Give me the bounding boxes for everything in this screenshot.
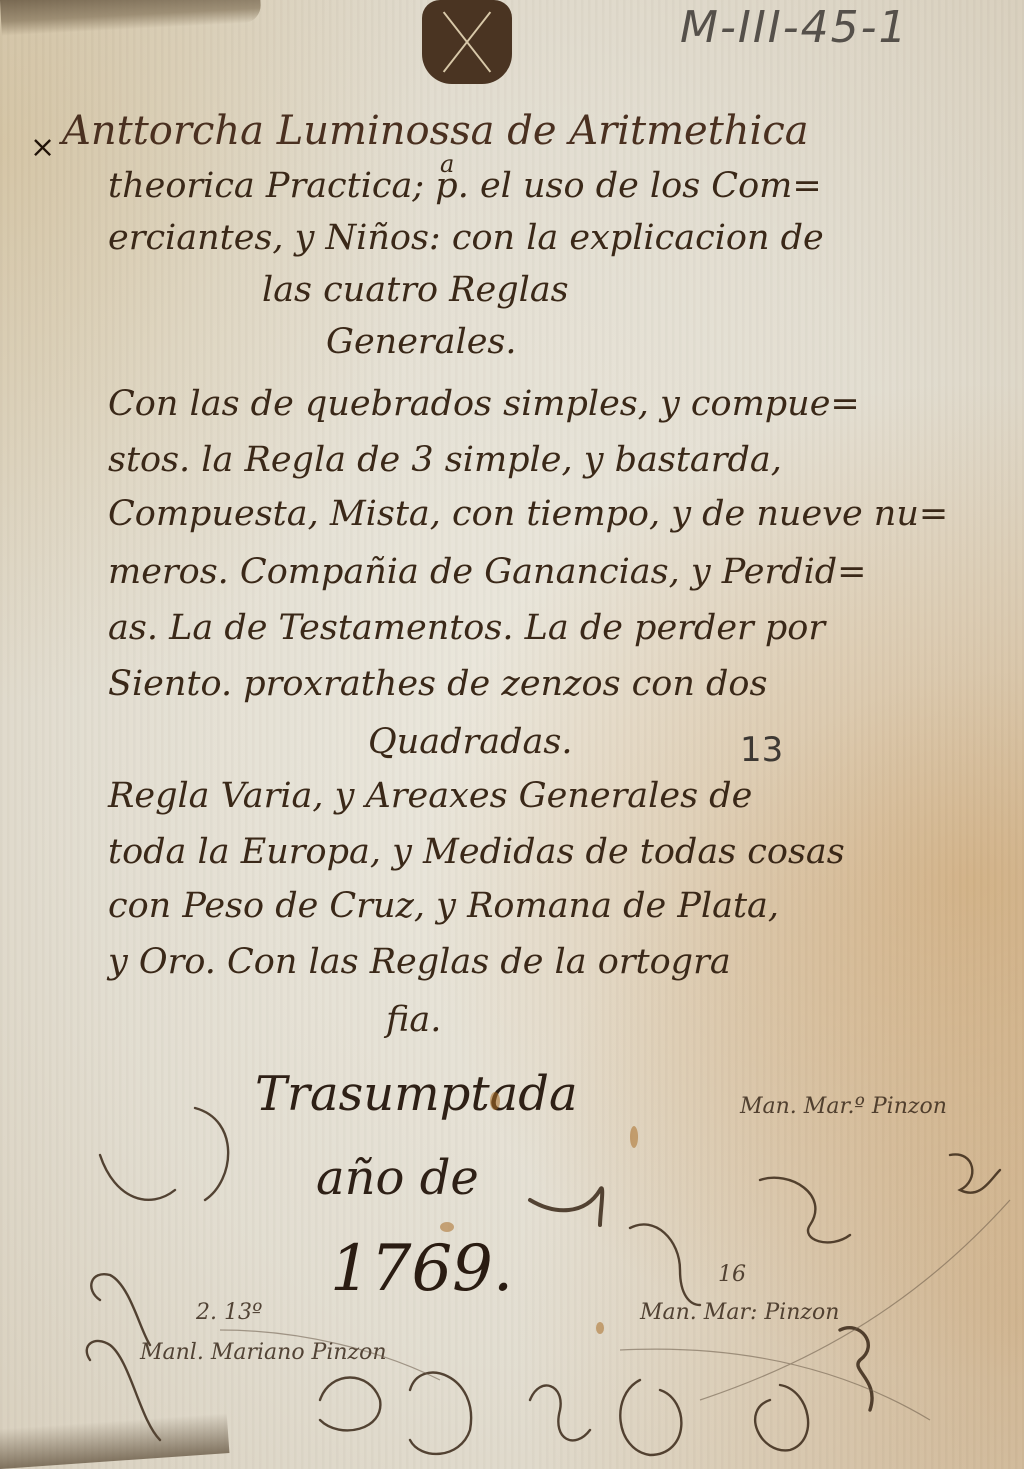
contents-line-5: as. La de Testamentos. La de perder por — [108, 608, 825, 648]
contents-line-9: toda la Europa, y Medidas de todas cosas — [108, 832, 845, 872]
title-line-1: Anttorcha Luminossa de Aritmethica — [62, 108, 809, 154]
contents-line-7: Quadradas. — [368, 722, 572, 762]
signature-1: Man. Mar.º Pinzon — [740, 1094, 947, 1119]
title-line-4: las cuatro Reglas — [262, 270, 569, 310]
imprint-line-2: año de — [316, 1150, 479, 1206]
binding-shadow — [0, 1413, 229, 1469]
manuscript-page: M-III-45-1 × Anttorcha Luminossa de Arit… — [0, 0, 1024, 1469]
page-number: 13 — [740, 730, 783, 770]
contents-line-6: Siento. proxrathes de zenzos con dos — [108, 664, 767, 704]
contents-line-2: stos. la Regla de 3 simple, y bastarda, — [108, 440, 782, 480]
contents-line-11: y Oro. Con las Reglas de la ortogra — [108, 942, 731, 982]
wax-seal-icon — [422, 0, 512, 84]
signature-number: 16 — [718, 1262, 746, 1287]
shelfmark: M-III-45-1 — [680, 2, 909, 53]
title-line-2: theorica Practica; p. el uso de los Com= — [108, 166, 822, 206]
foxing-stain — [490, 1092, 500, 1110]
foxing-stain — [596, 1322, 604, 1334]
marginal-marker: × — [30, 130, 55, 165]
signature-3: Manl. Mariano Pinzon — [140, 1340, 387, 1365]
title-line-3: erciantes, y Niños: con la explicacion d… — [108, 218, 824, 258]
contents-line-8: Regla Varia, y Areaxes Generales de — [108, 776, 752, 816]
contents-line-10: con Peso de Cruz, y Romana de Plata, — [108, 886, 779, 926]
signature-2: Man. Mar: Pinzon — [640, 1300, 839, 1325]
signature-date-note: 2. 13º — [196, 1300, 262, 1325]
imprint-line-1: Trasumptada — [255, 1066, 578, 1122]
imprint-year: 1769. — [330, 1232, 513, 1306]
contents-line-12: fia. — [386, 1000, 441, 1040]
title-line-5: Generales. — [326, 322, 517, 362]
foxing-stain — [440, 1222, 454, 1232]
foxing-stain — [630, 1126, 638, 1148]
contents-line-3: Compuesta, Mista, con tiempo, y de nueve… — [108, 494, 948, 534]
contents-line-1: Con las de quebrados simples, y compue= — [108, 384, 860, 424]
contents-line-4: meros. Compañia de Ganancias, y Perdid= — [108, 552, 867, 592]
